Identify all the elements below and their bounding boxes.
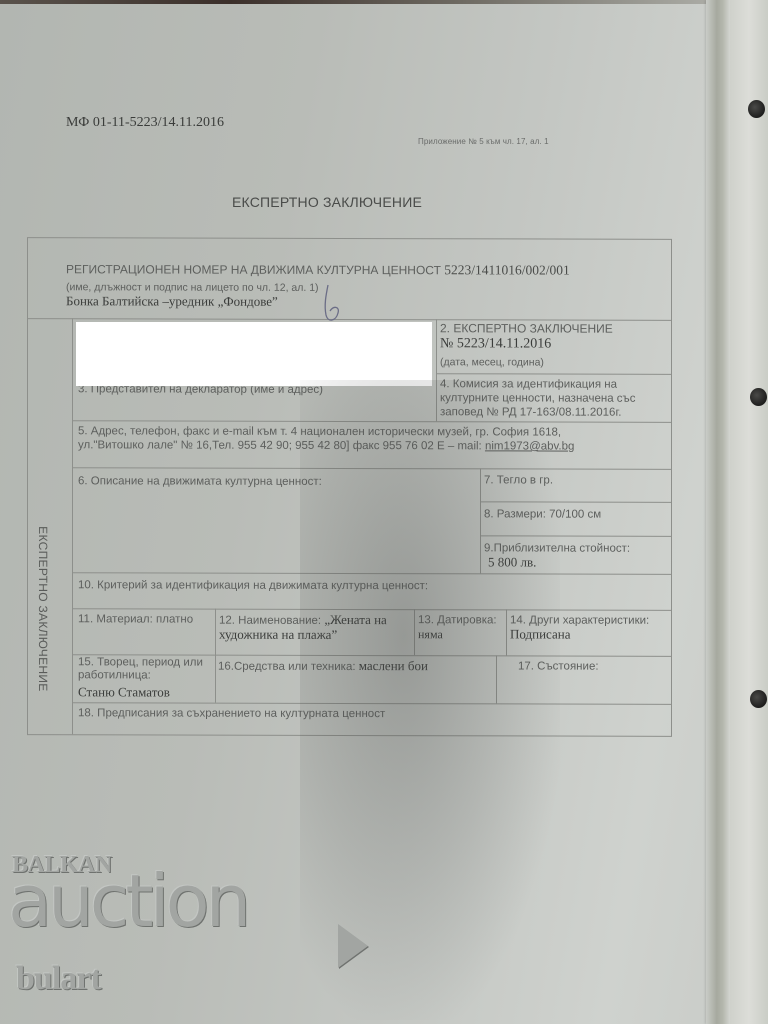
field-15-label: 15. Творец, период или работилница:: [78, 656, 212, 682]
punch-hole: [750, 690, 767, 708]
field-5-line2: ул."Витошко лале" № 16,Тел. 955 42 90; 9…: [78, 438, 668, 454]
field-8: 8. Размери: 70/100 см: [484, 507, 601, 521]
field-13-label: 13. Датировка:: [418, 613, 504, 627]
field-5-line1: 5. Адрес, телефон, факс и e-mail към т. …: [78, 424, 668, 440]
field-11: 11. Материал: платно: [78, 612, 213, 626]
appendix-note: Приложение № 5 към чл. 17, ал. 1: [418, 137, 549, 146]
field-5-address: ул."Витошко лале" № 16,Тел. 955 42 90; 9…: [78, 439, 482, 452]
punch-hole: [750, 388, 767, 406]
field-5-email[interactable]: nim1973@abv.bg: [485, 440, 574, 452]
field-12-label: 12. Наименование:: [219, 615, 321, 627]
binder-strip: [730, 0, 768, 1024]
registration-number: 5223/1411016/002/001: [444, 262, 570, 277]
field-2-value: № 5223/14.11.2016: [440, 337, 551, 351]
watermark-auction: auction: [8, 856, 247, 946]
field-6-label: 6. Описание на движимата културна ценнос…: [78, 474, 322, 489]
field-17-label: 17. Състояние:: [518, 659, 599, 673]
watermark-bulart: bulart: [16, 960, 101, 998]
field-16-value: маслени бои: [359, 658, 428, 673]
field-16-label: 16.Средства или техника:: [218, 661, 356, 673]
signatory-name: Бонка Балтийска –уредник „Фондове”: [66, 294, 278, 309]
signature-mark: [318, 283, 346, 325]
field-14: 14. Други характеристики: Подписана: [510, 613, 670, 641]
field-8-value: 70/100 см: [549, 509, 601, 521]
field-8-label: 8. Размери:: [484, 508, 546, 520]
sleeve-edge: [706, 0, 730, 1024]
field-13-value: няма: [418, 627, 504, 641]
field-15-value: Станю Стаматов: [78, 685, 170, 699]
registration-row: РЕГИСТРАЦИОНЕН НОМЕР НА ДВИЖИМА КУЛТУРНА…: [66, 262, 570, 277]
field-14-value: Подписана: [510, 627, 670, 641]
punch-hole: [748, 100, 765, 118]
field-2-label: 2. ЕКСПЕРТНО ЗАКЛЮЧЕНИЕ: [440, 321, 665, 336]
redaction-box: [76, 322, 432, 386]
field-11-value: платно: [156, 613, 193, 625]
field-10-label: 10. Критерий за идентификация на движима…: [78, 578, 428, 593]
expert-opinion-form: ЕКСПЕРТНО ЗАКЛЮЧЕНИЕ РЕГИСТРАЦИОНЕН НОМЕ…: [27, 237, 672, 737]
field-16: 16.Средства или техника: маслени бои: [218, 659, 493, 675]
reference-number: МФ 01-11-5223/14.11.2016: [66, 115, 224, 131]
registration-label: РЕГИСТРАЦИОНЕН НОМЕР НА ДВИЖИМА КУЛТУРНА…: [66, 262, 441, 277]
side-label: ЕКСПЕРТНО ЗАКЛЮЧЕНИЕ: [36, 526, 50, 691]
play-triangle-icon: [338, 924, 368, 968]
document-title: ЕКСПЕРТНО ЗАКЛЮЧЕНИЕ: [232, 194, 422, 210]
field-4-label: 4. Комисия за идентификация на културнит…: [440, 377, 665, 420]
field-18-label: 18. Предписания за съхранението на култу…: [78, 706, 385, 721]
field-9-value: 5 800 лв.: [488, 555, 536, 569]
field-7-label: 7. Тегло в гр.: [484, 473, 553, 487]
field-2-hint: (дата, месец, година): [440, 355, 544, 369]
field-11-label: 11. Материал:: [78, 613, 153, 625]
field-12: 12. Наименование: „Жената на художника н…: [219, 613, 413, 644]
field-13: 13. Датировка: няма: [418, 613, 504, 641]
side-label-column: ЕКСПЕРТНО ЗАКЛЮЧЕНИЕ: [28, 318, 73, 734]
